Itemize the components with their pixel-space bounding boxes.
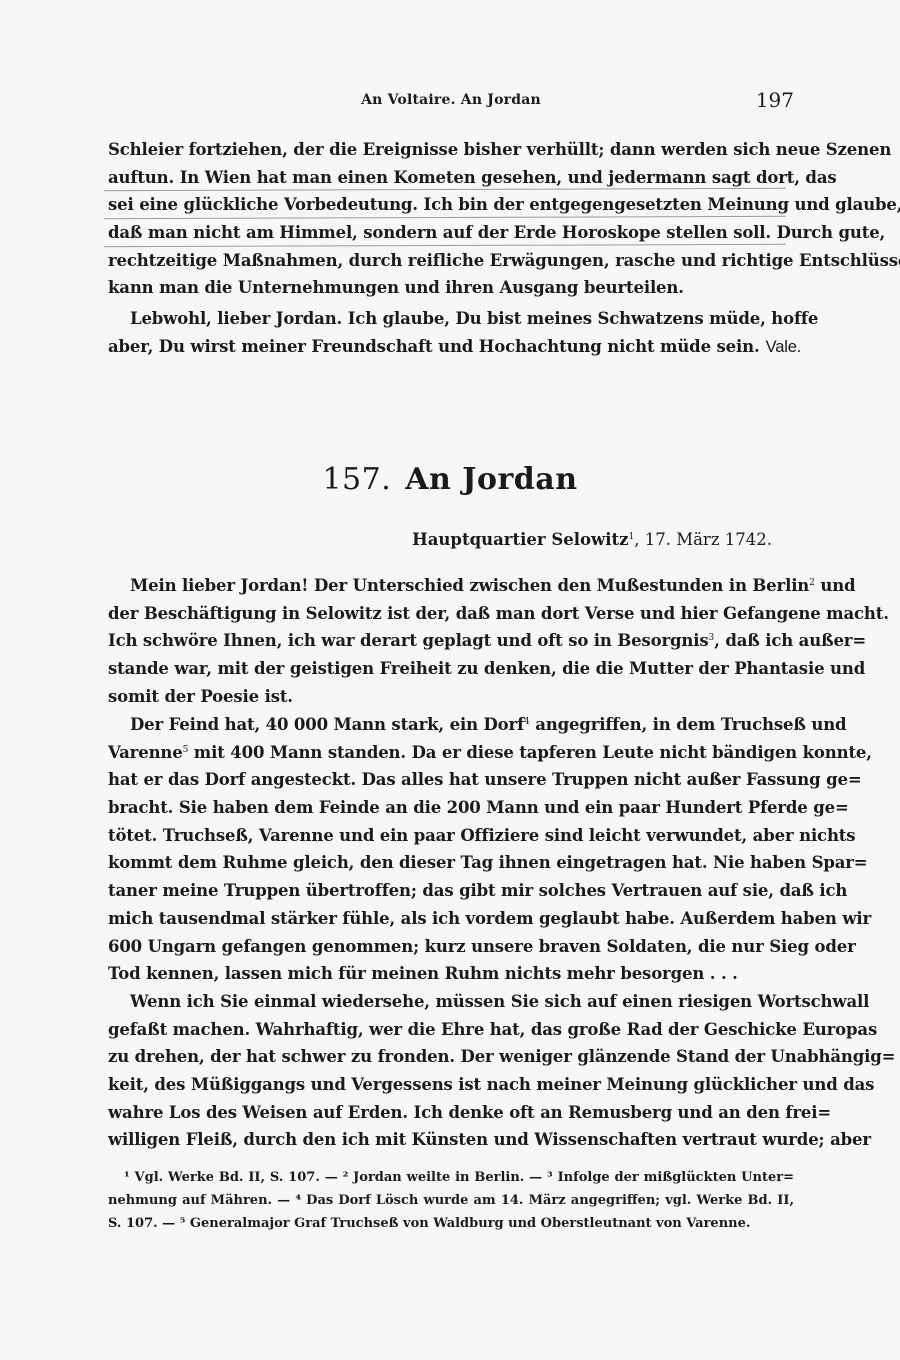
dateline-place: Hauptquartier Selowitz (412, 530, 628, 549)
dateline: Hauptquartier Selowitz1, 17. März 1742. (412, 530, 772, 549)
text-line: daß man nicht am Himmel, sondern auf der… (108, 219, 794, 247)
footnote-line: S. 107. — ⁵ Generalmajor Graf Truchseß v… (108, 1212, 794, 1235)
text-span: , daß ich außer= (714, 631, 866, 650)
text-span: Der Feind hat, 40 000 Mann stark, ein Do… (130, 715, 524, 734)
letter-paragraph-3: Wenn ich Sie einmal wiedersehe, müssen S… (108, 988, 794, 1154)
letter-paragraph-2: Der Feind hat, 40 000 Mann stark, ein Do… (108, 711, 794, 988)
continuation-paragraph: Schleier fortziehen, der die Ereignisse … (108, 136, 794, 302)
text-line: rechtzeitige Maßnahmen, durch reifliche … (108, 247, 794, 275)
letter-number: 157. (322, 462, 391, 497)
text-line: auftun. In Wien hat man einen Kometen ge… (108, 164, 794, 192)
text-line: aber, Du wirst meiner Freundschaft und H… (108, 333, 794, 361)
text-line: 600 Ungarn gefangen genommen; kurz unser… (108, 933, 794, 961)
text-line: taner meine Truppen übertroffen; das gib… (108, 877, 794, 905)
text-line: Mein lieber Jordan! Der Unterschied zwis… (108, 572, 794, 600)
text-line: bracht. Sie haben dem Feinde an die 200 … (108, 794, 794, 822)
running-title: An Voltaire. An Jordan (108, 92, 794, 108)
text-span: angegriffen, in dem Truchseß und (530, 715, 847, 734)
text-line: Der Feind hat, 40 000 Mann stark, ein Do… (108, 711, 794, 739)
vale-sign-off: Vale. (766, 338, 802, 356)
text-line: sei eine glückliche Vorbedeutung. Ich bi… (108, 191, 794, 219)
text-span: mit 400 Mann standen. Da er diese tapfer… (188, 743, 872, 762)
text-line: Lebwohl, lieber Jordan. Ich glaube, Du b… (108, 305, 794, 333)
text-line: Schleier fortziehen, der die Ereignisse … (108, 136, 794, 164)
text-line: gefaßt machen. Wahrhaftig, wer die Ehre … (108, 1016, 794, 1044)
text-line: mich tausendmal stärker fühle, als ich v… (108, 905, 794, 933)
text-line: hat er das Dorf angesteckt. Das alles ha… (108, 766, 794, 794)
book-page: An Voltaire. An Jordan 197 Schleier fort… (0, 0, 900, 1360)
text-line: Wenn ich Sie einmal wiedersehe, müssen S… (108, 988, 794, 1016)
running-header: An Voltaire. An Jordan 197 (108, 92, 794, 116)
text-line: keit, des Müßiggangs und Vergessens ist … (108, 1071, 794, 1099)
closing-paragraph: Lebwohl, lieber Jordan. Ich glaube, Du b… (108, 305, 794, 360)
text-line: tötet. Truchseß, Varenne und ein paar Of… (108, 822, 794, 850)
text-line: wahre Los des Weisen auf Erden. Ich denk… (108, 1099, 794, 1127)
text-span: und (815, 576, 856, 595)
text-span: aber, Du wirst meiner Freundschaft und H… (108, 337, 760, 356)
text-span: Varenne (108, 743, 183, 762)
text-line: zu drehen, der hat schwer zu fronden. De… (108, 1043, 794, 1071)
text-line: der Beschäftigung in Selowitz ist der, d… (108, 600, 794, 628)
text-line: kann man die Unternehmungen und ihren Au… (108, 274, 794, 302)
text-line: stande war, mit der geistigen Freiheit z… (108, 655, 794, 683)
text-line: Tod kennen, lassen mich für meinen Ruhm … (108, 960, 794, 988)
letter-paragraph-1: Mein lieber Jordan! Der Unterschied zwis… (108, 572, 794, 710)
dateline-date: , 17. März 1742. (634, 530, 772, 549)
text-line: kommt dem Ruhme gleich, den dieser Tag i… (108, 849, 794, 877)
footnote-line: nehmung auf Mähren. — ⁴ Das Dorf Lösch w… (108, 1189, 794, 1212)
page-number: 197 (756, 88, 794, 112)
text-line: willigen Fleiß, durch den ich mit Künste… (108, 1126, 794, 1154)
footnote-line: ¹ Vgl. Werke Bd. II, S. 107. — ² Jordan … (124, 1166, 794, 1189)
text-span: Mein lieber Jordan! Der Unterschied zwis… (130, 576, 809, 595)
text-span: Ich schwöre Ihnen, ich war derart geplag… (108, 631, 709, 650)
letter-heading: 157.An Jordan (0, 462, 900, 497)
letter-title: An Jordan (405, 462, 577, 497)
footnotes: ¹ Vgl. Werke Bd. II, S. 107. — ² Jordan … (124, 1166, 794, 1235)
text-line: Varenne5 mit 400 Mann standen. Da er die… (108, 739, 794, 767)
text-line: Ich schwöre Ihnen, ich war derart geplag… (108, 627, 794, 655)
text-line: somit der Poesie ist. (108, 683, 794, 711)
